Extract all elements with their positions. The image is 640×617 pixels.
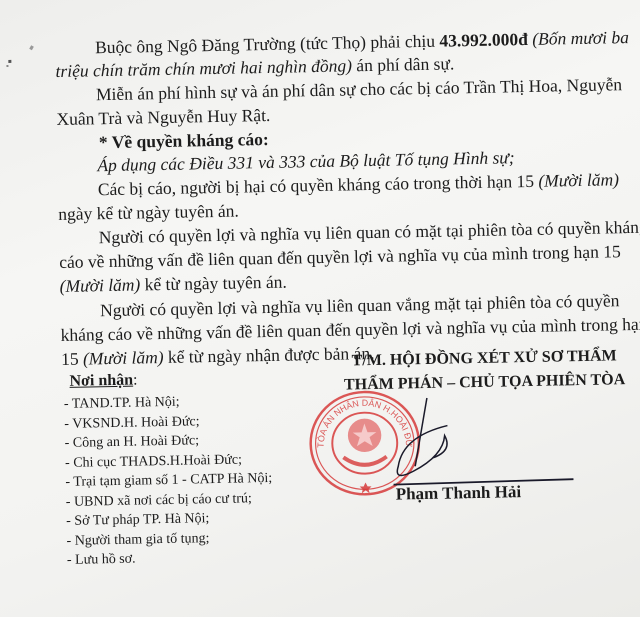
list-item: - Lưu hồ sơ. bbox=[67, 547, 274, 570]
text: : bbox=[133, 372, 138, 390]
recipients-list: - TAND.TP. Hà Nội; - VKSND.H. Hoài Đức; … bbox=[64, 391, 274, 570]
handwritten-signature-icon bbox=[372, 393, 574, 497]
text: Các bị cáo, người bị hại có quyền kháng … bbox=[98, 171, 539, 199]
signer-name: Phạm Thanh Hải bbox=[396, 482, 522, 504]
text: (Mười lăm) bbox=[538, 169, 619, 191]
text: Nơi nhận bbox=[69, 372, 133, 390]
text: (Mười lăm) bbox=[83, 347, 164, 369]
paragraph-present-parties-line3: (Mười lăm) kể từ ngày tuyên án. bbox=[59, 271, 287, 297]
appeal-heading: * Về quyền kháng cáo: bbox=[99, 128, 269, 153]
paragraph-exemption-line2: Xuân Trà và Nguyễn Huy Rật. bbox=[56, 104, 270, 130]
text: (Bốn mươi ba bbox=[528, 27, 629, 49]
text: án phí dân sự. bbox=[352, 53, 455, 75]
fee-amount: 43.992.000đ bbox=[439, 29, 528, 51]
recipients-title: Nơi nhận: bbox=[69, 372, 137, 391]
text: triệu chín trăm chín mươi hai nghìn đồng… bbox=[55, 55, 352, 81]
list-item: - UBND xã nơi các bị cáo cư trú; bbox=[66, 488, 273, 511]
text: kể từ ngày tuyên án. bbox=[140, 272, 287, 295]
paper-specks-icon bbox=[5, 43, 46, 74]
text: 15 bbox=[61, 349, 83, 369]
court-document-page: Buộc ông Ngô Đăng Trường (tức Thọ) phải … bbox=[0, 0, 640, 617]
paragraph-defendants-appeal-line2: ngày kể từ ngày tuyên án. bbox=[58, 200, 239, 225]
text: (Mười lăm) bbox=[59, 274, 140, 296]
